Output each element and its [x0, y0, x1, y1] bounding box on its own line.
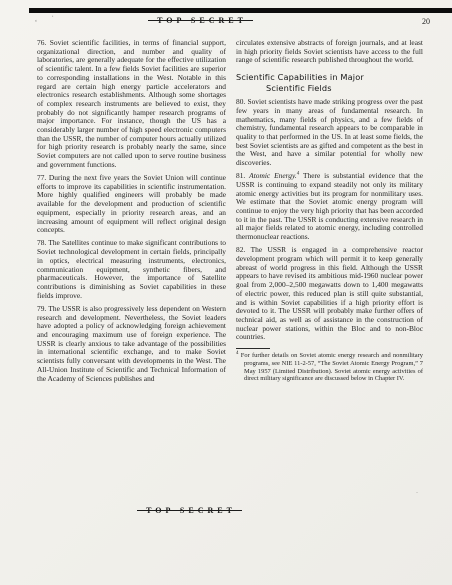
footnote-separator [236, 348, 270, 349]
paragraph-number: 76. [37, 38, 46, 47]
left-text-column: 76. Soviet scientific facilities, in ter… [37, 39, 226, 383]
paragraph-number: 79. [37, 304, 46, 313]
paragraph-76: 76. Soviet scientific facilities, in ter… [37, 39, 226, 170]
footnote: 4 For further details on Soviet atomic e… [236, 352, 423, 383]
paragraph-82: 82. The USSR is engaged in a comprehensi… [236, 246, 423, 342]
paragraph-80: 80. Soviet scientists have made striking… [236, 98, 423, 168]
paragraph-number: 82. [236, 245, 245, 254]
classification-footer-text: TOP SECRET [146, 506, 236, 515]
classification-header: TOP SECRET [0, 16, 404, 25]
right-text-column: circulates extensive abstracts of foreig… [236, 39, 423, 383]
paragraph-number: 80. [236, 97, 245, 106]
paragraph-lead-italic: Atomic Energy. [249, 171, 297, 180]
section-heading: Scientific Capabilities in Major Scienti… [236, 72, 423, 93]
scanned-document-page: ‘ · ˙ TOP SECRET 20 76. Soviet scientifi… [0, 0, 452, 585]
classification-header-text: TOP SECRET [157, 16, 247, 25]
page-number: 20 [422, 17, 430, 26]
paragraph-79-continuation: circulates extensive abstracts of foreig… [236, 39, 423, 65]
paragraph-number: 78. [37, 238, 46, 247]
paragraph-text: The USSR is engaged in a comprehensive r… [236, 245, 423, 341]
scan-artifact: ˙ [416, 492, 418, 498]
paragraph-text: During the next five years the Soviet Un… [37, 173, 226, 234]
footnote-text: For further details on Soviet atomic ene… [241, 352, 423, 382]
paragraph-number: 81. [236, 171, 245, 180]
paragraph-79: 79. The USSR is also progressively less … [37, 305, 226, 383]
paragraph-text: Soviet scientific facilities, in terms o… [37, 38, 226, 169]
footnote-reference: 4 [297, 172, 300, 177]
paragraph-text: There is substantial evidence that the U… [236, 171, 423, 241]
page-header: TOP SECRET 20 [0, 16, 452, 28]
paragraph-81: 81. Atomic Energy.4 There is substantial… [236, 172, 423, 242]
section-heading-line2: Scientific Fields [236, 83, 423, 94]
footnote-marker: 4 [236, 351, 239, 356]
scan-edge-bar [29, 8, 452, 13]
paragraph-text: The Satellites continue to make signific… [37, 238, 226, 299]
paragraph-78: 78. The Satellites continue to make sign… [37, 239, 226, 300]
page-footer: TOP SECRET [0, 500, 382, 518]
section-heading-line1: Scientific Capabilities in Major [236, 72, 423, 83]
paragraph-number: 77. [37, 173, 46, 182]
paragraph-text: The USSR is also progressively less depe… [37, 304, 226, 383]
paragraph-text: Soviet scientists have made striking pro… [236, 97, 423, 167]
paragraph-text: circulates extensive abstracts of foreig… [236, 38, 423, 64]
paragraph-77: 77. During the next five years the Sovie… [37, 174, 226, 235]
